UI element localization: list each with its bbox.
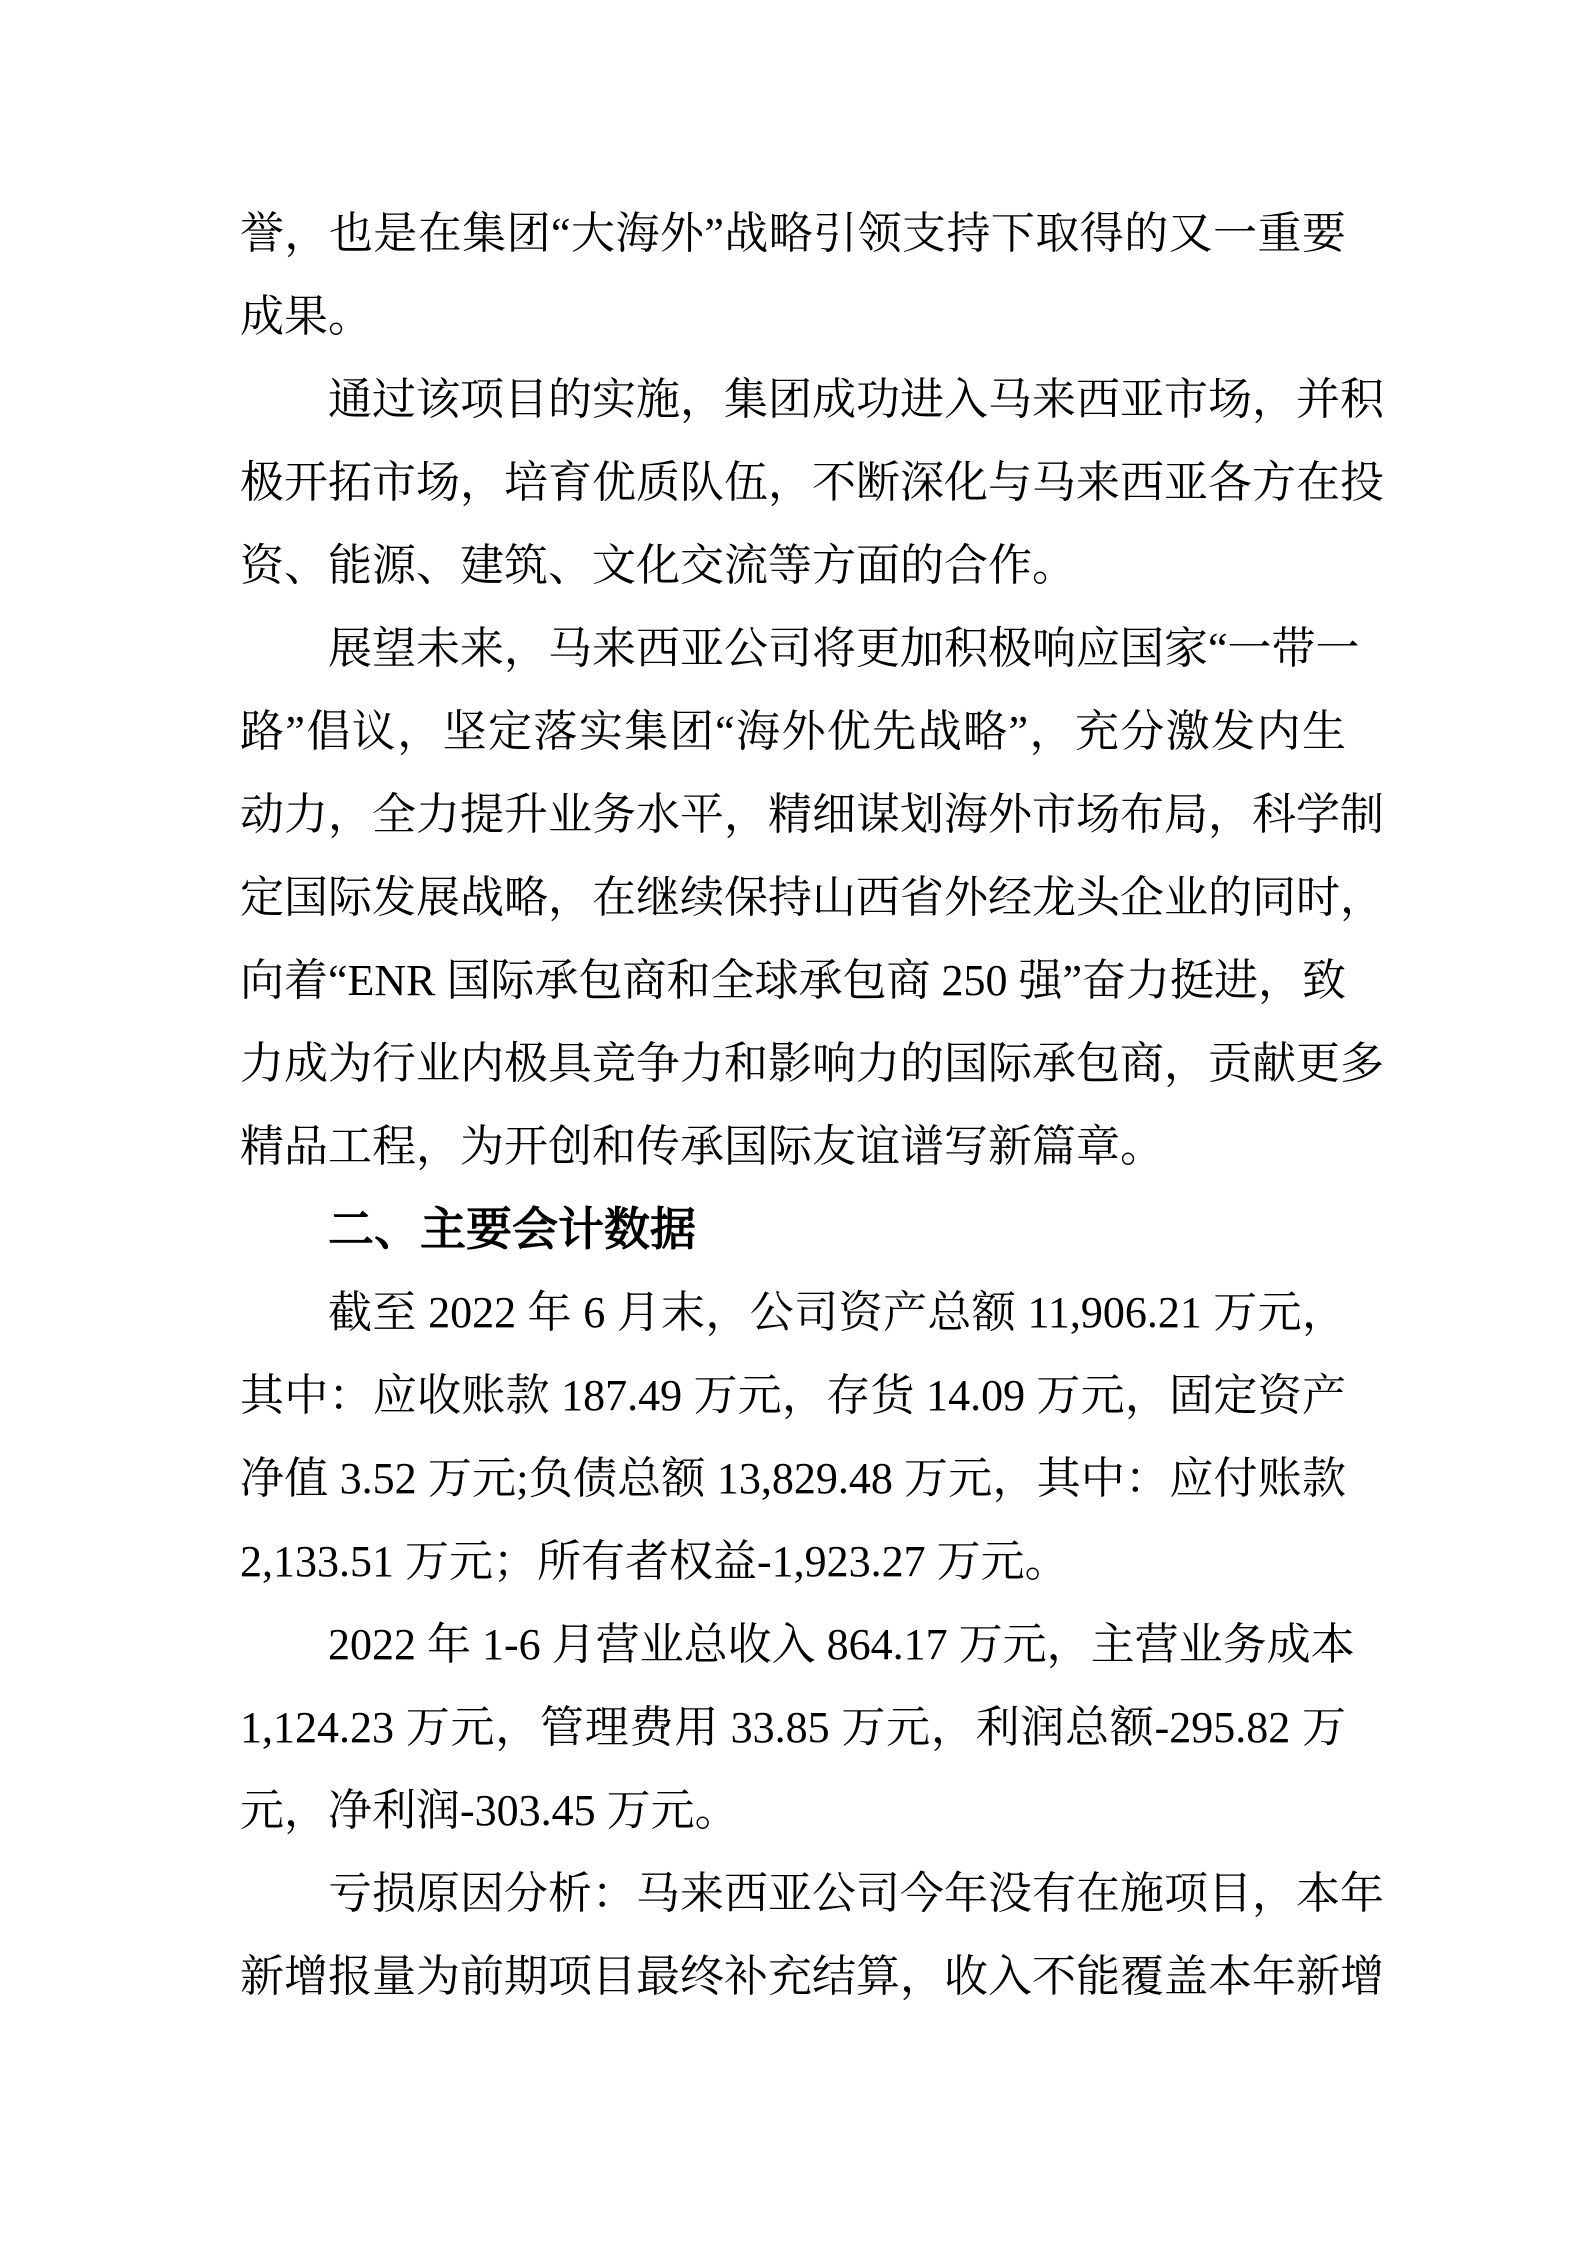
text-line: 1,124.23 万元，管理费用 33.85 万元，利润总额-295.82 万 <box>240 1686 1346 1769</box>
text-line: 2022 年 1-6 月营业总收入 864.17 万元，主营业务成本 <box>240 1603 1346 1686</box>
text-line: 通过该项目的实施，集团成功进入马来西亚市场，并积 <box>240 358 1346 441</box>
text-line: 净值 3.52 万元;负债总额 13,829.48 万元，其中：应付账款 <box>240 1437 1346 1520</box>
section-heading: 二、主要会计数据 <box>240 1188 1346 1271</box>
text-line: 2,133.51 万元；所有者权益-1,923.27 万元。 <box>240 1520 1346 1603</box>
text-line: 元，净利润-303.45 万元。 <box>240 1769 1346 1852</box>
text-line: 向着“ENR 国际承包商和全球承包商 250 强”奋力挺进，致 <box>240 939 1346 1022</box>
text-line: 动力，全力提升业务水平，精细谋划海外市场布局，科学制 <box>240 773 1346 856</box>
text-line: 力成为行业内极具竞争力和影响力的国际承包商，贡献更多 <box>240 1022 1346 1105</box>
text-line: 路”倡议，坚定落实集团“海外优先战略”，充分激发内生 <box>240 690 1346 773</box>
text-line: 精品工程，为开创和传承国际友谊谱写新篇章。 <box>240 1105 1346 1188</box>
text-line: 其中：应收账款 187.49 万元，存货 14.09 万元，固定资产 <box>240 1354 1346 1437</box>
text-line: 截至 2022 年 6 月末，公司资产总额 11,906.21 万元， <box>240 1271 1346 1354</box>
text-line: 新增报量为前期项目最终补充结算，收入不能覆盖本年新增 <box>240 1935 1346 2018</box>
text-line: 极开拓市场，培育优质队伍，不断深化与马来西亚各方在投 <box>240 441 1346 524</box>
text-line: 誉，也是在集团“大海外”战略引领支持下取得的又一重要 <box>240 192 1346 275</box>
text-line: 亏损原因分析：马来西亚公司今年没有在施项目，本年 <box>240 1852 1346 1935</box>
text-line: 定国际发展战略，在继续保持山西省外经龙头企业的同时， <box>240 856 1346 939</box>
text-line: 展望未来，马来西亚公司将更加积极响应国家“一带一 <box>240 607 1346 690</box>
text-line: 资、能源、建筑、文化交流等方面的合作。 <box>240 524 1346 607</box>
text-line: 成果。 <box>240 275 1346 358</box>
document-page: 誉，也是在集团“大海外”战略引领支持下取得的又一重要成果。通过该项目的实施，集团… <box>0 0 1587 2245</box>
document-body: 誉，也是在集团“大海外”战略引领支持下取得的又一重要成果。通过该项目的实施，集团… <box>240 192 1346 2018</box>
